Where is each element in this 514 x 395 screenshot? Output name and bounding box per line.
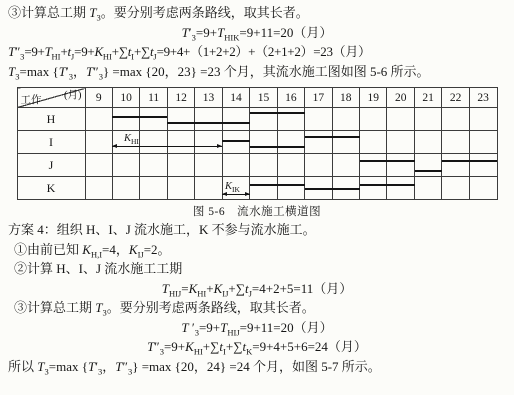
gantt-cell: [387, 177, 414, 200]
gantt-cell: [277, 131, 304, 154]
month-header-16: 16: [277, 88, 304, 108]
month-header-9: 9: [85, 88, 112, 108]
gantt-cell: [195, 131, 222, 154]
month-header-20: 20: [387, 88, 414, 108]
gantt-bar-I: [222, 140, 250, 142]
gantt-cell: [360, 154, 387, 177]
gantt-cell: [140, 131, 167, 154]
gantt-bar-J: [360, 160, 415, 162]
formula-t3-double-prime-scheme3: T″3=9+THI+tJ=9+KHI+∑tI+∑tJ=9+4+（1+2+2）+（…: [8, 44, 506, 61]
row-label-K: K: [17, 177, 85, 200]
gantt-bar-K: [250, 184, 305, 186]
month-header-22: 22: [442, 88, 469, 108]
gantt-cell: [414, 131, 441, 154]
row-label-H: H: [17, 108, 85, 131]
gantt-cell: [414, 177, 441, 200]
gantt-cell: [250, 154, 277, 177]
formula-t3-double-prime-scheme4: T″3=9+KHI+∑tI+∑tK=9+4+5+6=24（月）: [8, 339, 506, 356]
month-header-12: 12: [167, 88, 194, 108]
gantt-cell: [360, 108, 387, 131]
gantt-cell: [140, 177, 167, 200]
row-label-J: J: [17, 154, 85, 177]
gantt-bar-H: [167, 122, 250, 124]
month-header-15: 15: [250, 88, 277, 108]
gantt-cell: [469, 108, 497, 131]
arrowhead-left-icon: [112, 144, 117, 148]
corner-month-label: (月): [64, 88, 82, 103]
gantt-cell: [332, 154, 359, 177]
conclusion-line: 所以 T3=max {T′3，T″3} =max {20，24} =24 个月，…: [8, 359, 506, 376]
gantt-cell: [277, 177, 304, 200]
gantt-cell: [469, 131, 497, 154]
gantt-cell: [469, 177, 497, 200]
gantt-cell: [250, 131, 277, 154]
gantt-cell: [387, 154, 414, 177]
gantt-bar-J: [442, 160, 497, 162]
gantt-cell: [442, 177, 469, 200]
gantt-cell: [85, 177, 112, 200]
gantt-cell: [277, 108, 304, 131]
gantt-cell: [167, 177, 194, 200]
step2-heading: ②计算 H、I、J 流水施工工期: [8, 261, 506, 278]
gantt-bar-J: [415, 170, 443, 172]
formula-t3-prime-scheme3: T′3=9+THIK=9+11=20（月）: [8, 25, 506, 42]
gantt-cell: [140, 108, 167, 131]
month-header-18: 18: [332, 88, 359, 108]
gantt-cell: [85, 108, 112, 131]
gantt-cell: [250, 177, 277, 200]
gantt-cell: [222, 154, 249, 177]
arrowhead-right-icon: [217, 144, 222, 148]
gantt-cell: [85, 154, 112, 177]
gantt-cell: [195, 108, 222, 131]
gantt-bar-H: [112, 116, 167, 118]
gantt-cell: [414, 108, 441, 131]
gantt-cell: [222, 131, 249, 154]
gantt-cell: [360, 131, 387, 154]
gantt-cell: [195, 154, 222, 177]
gantt-cell: [167, 108, 194, 131]
gantt-cell: [387, 108, 414, 131]
plan4-heading: 方案 4：组织 H、I、J 流水施工，K 不参与流水施工。: [8, 222, 506, 239]
step1-known-values: ①由前已知 KH,I=4，KIJ=2。: [8, 242, 506, 259]
month-header-13: 13: [195, 88, 222, 108]
gantt-cell: [360, 177, 387, 200]
gantt-cell: [140, 154, 167, 177]
gantt-cell: [167, 131, 194, 154]
month-header-11: 11: [140, 88, 167, 108]
gantt-cell: [414, 154, 441, 177]
formula-t3-prime-scheme4: T ′3=9+THIJ=9+11=20（月）: [8, 320, 506, 337]
gantt-cell: [305, 131, 332, 154]
gantt-bar-K: [305, 188, 360, 190]
month-header-21: 21: [414, 88, 441, 108]
gantt-cell: [277, 154, 304, 177]
gantt-cell: [442, 154, 469, 177]
gantt-corner-cell: (月)工作: [17, 88, 85, 108]
gantt-cell: [442, 131, 469, 154]
document-page: ③计算总工期 T3。要分别考虑两条路线，取其长者。 T′3=9+THIK=9+1…: [0, 0, 514, 395]
gantt-cell: [305, 108, 332, 131]
gantt-bar-I: [250, 146, 305, 148]
row-label-I: I: [17, 131, 85, 154]
gantt-cell: [112, 154, 139, 177]
gantt-chart: (月)工作91011121314151617181920212223HIJKKH…: [17, 87, 498, 200]
gantt-cell: [442, 108, 469, 131]
formula-thij: THIJ=KHI+KIJ+∑tJ=4+2+5=11（月）: [8, 281, 506, 298]
arrowhead-left-icon: [222, 192, 227, 196]
gantt-cell: [305, 154, 332, 177]
gantt-cell: [387, 131, 414, 154]
gantt-bar-I: [305, 136, 360, 138]
gantt-cell: [112, 177, 139, 200]
month-header-14: 14: [222, 88, 249, 108]
month-header-23: 23: [469, 88, 497, 108]
corner-work-label: 工作: [21, 92, 42, 107]
step3-heading-scheme3: ③计算总工期 T3。要分别考虑两条路线，取其长者。: [8, 5, 506, 22]
month-header-10: 10: [112, 88, 139, 108]
arrow-label-KHI: KHI: [124, 133, 139, 144]
gantt-bar-H: [250, 112, 305, 114]
gantt-cell: [332, 131, 359, 154]
arrowhead-right-icon: [245, 192, 250, 196]
gantt-cell: [112, 108, 139, 131]
time-interval-arrow-KIK: [222, 194, 250, 195]
gantt-cell: [222, 108, 249, 131]
gantt-cell: [250, 108, 277, 131]
month-header-17: 17: [305, 88, 332, 108]
gantt-cell: [332, 108, 359, 131]
gantt-bar-K: [360, 184, 415, 186]
gantt-cell: [167, 154, 194, 177]
formula-t3-max-scheme3: T3=max {T′3，T″3} =max {20，23} =23 个月，其流水…: [8, 64, 506, 81]
month-header-19: 19: [360, 88, 387, 108]
gantt-cell: [195, 177, 222, 200]
step3-heading-scheme4: ③计算总工期 T3。要分别考虑两条路线，取其长者。: [8, 300, 506, 317]
time-interval-arrow-KHI: [112, 146, 222, 147]
gantt-cell: [469, 154, 497, 177]
arrow-label-KIK: KIK: [225, 181, 240, 192]
gantt-cell: [85, 131, 112, 154]
figure-caption: 图 5-6 流水施工横道图: [8, 203, 506, 219]
